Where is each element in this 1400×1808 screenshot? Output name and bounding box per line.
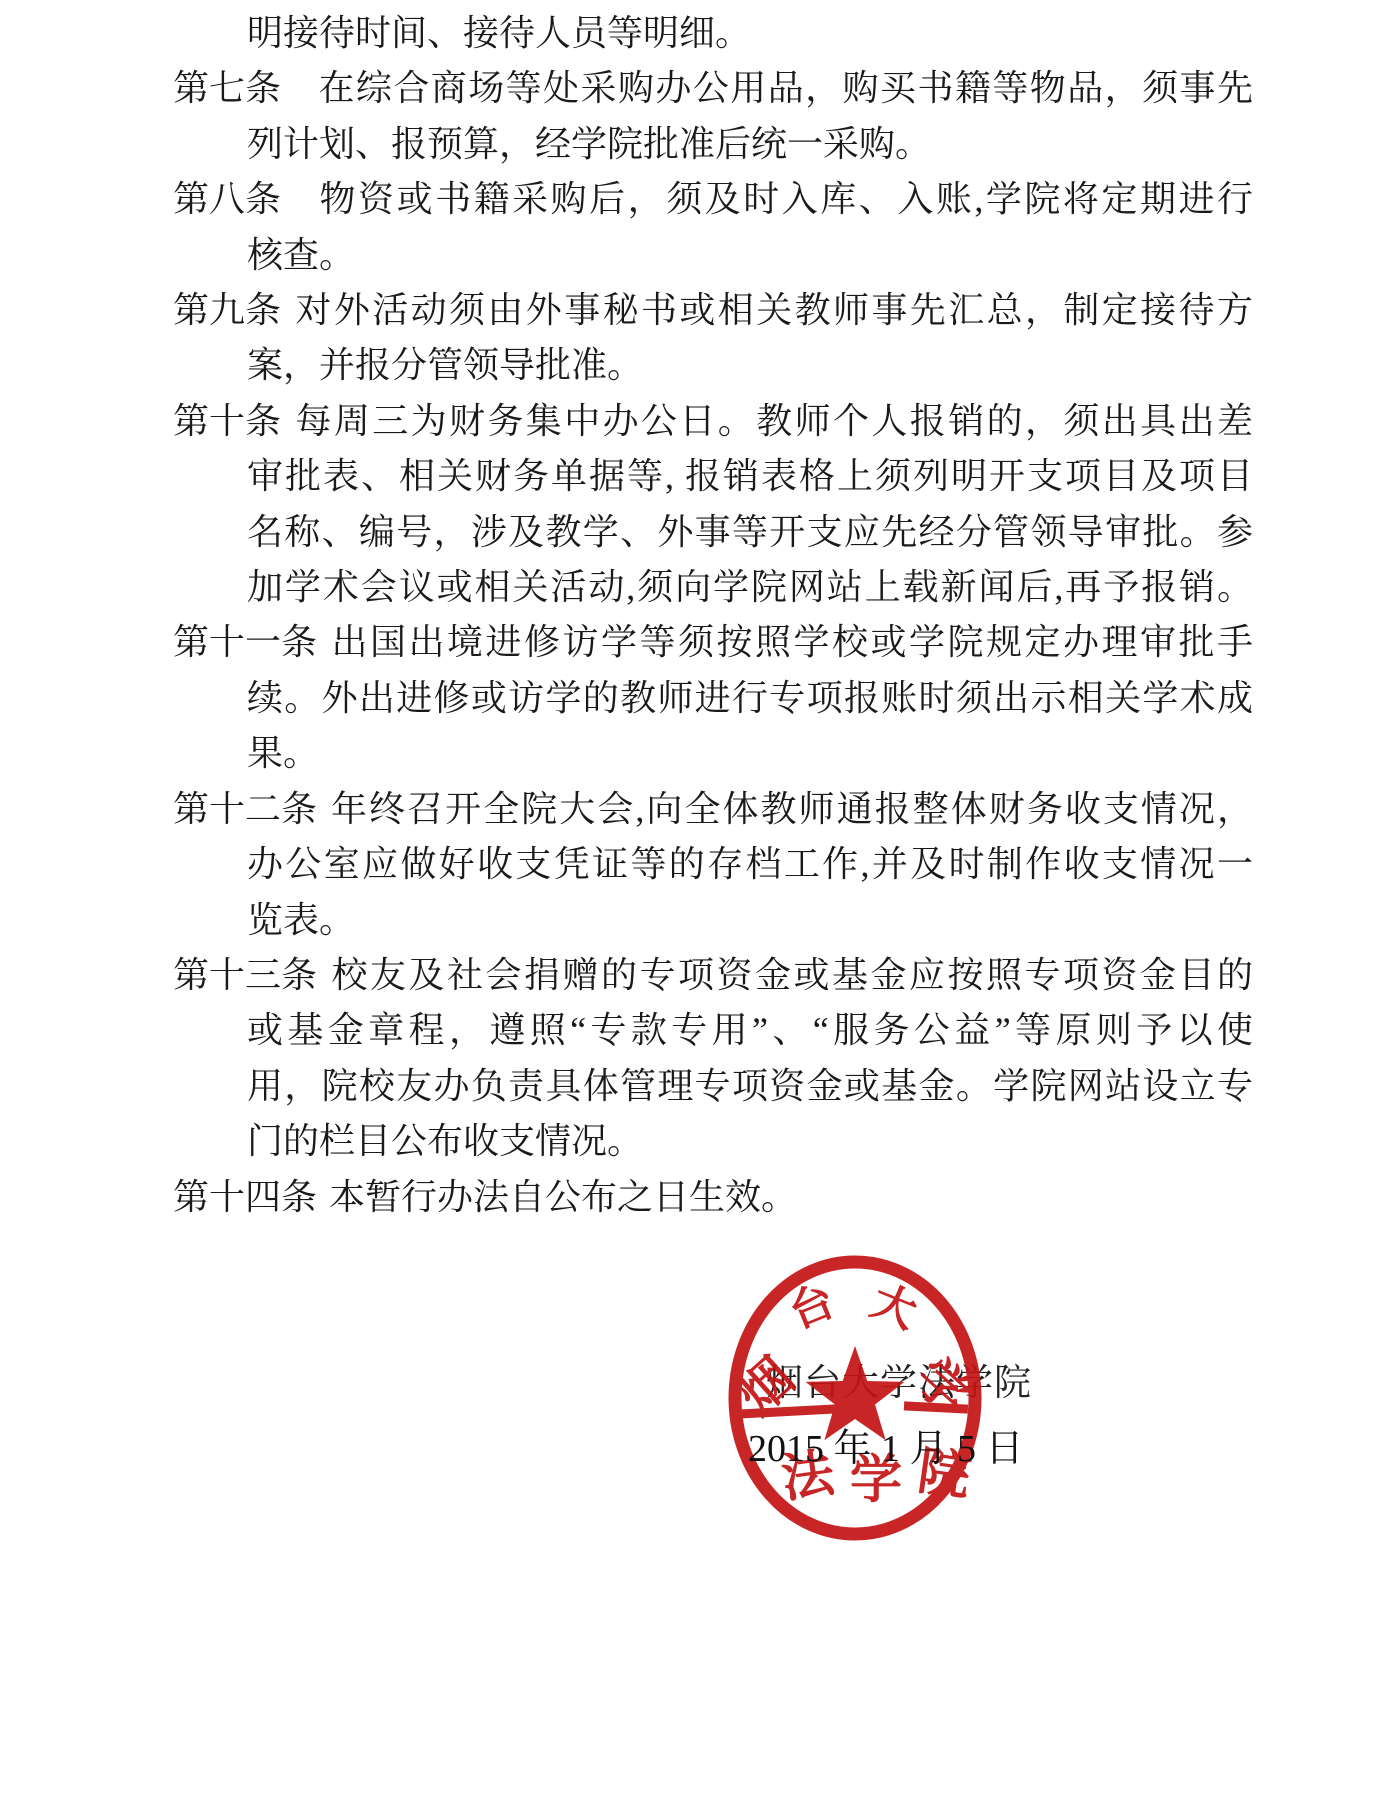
article-text: 物资或书籍采购后，须及时入库、入账,学院将定期进行 [317, 179, 1253, 219]
article-first-line: 第十三条校友及社会捐赠的专项资金或基金应按照专项资金目的 [173, 948, 1253, 1003]
article-label: 第七条 [173, 61, 281, 116]
body-line: 审批表、相关财务单据等, 报销表格上须列明开支项目及项目 [173, 449, 1253, 504]
article-label: 第十四条 [173, 1170, 317, 1225]
article-label: 第八条 [173, 172, 281, 227]
article-label: 第十三条 [173, 948, 317, 1003]
body-line: 名称、编号，涉及教学、外事等开支应先经分管领导审批。参 [173, 505, 1253, 560]
article-label: 第九条 [173, 283, 281, 338]
body-line: 用，院校友办负责具体管理专项资金或基金。学院网站设立专 [173, 1059, 1253, 1114]
article-first-line: 第十四条本暂行办法自公布之日生效。 [173, 1170, 1253, 1225]
document-page: 明接待时间、接待人员等明细。 第七条在综合商场等处采购办公用品，购买书籍等物品，… [0, 0, 1400, 1808]
body-line: 览表。 [173, 893, 1253, 948]
article-first-line: 第七条在综合商场等处采购办公用品，购买书籍等物品，须事先 [173, 61, 1253, 116]
body-line: 列计划、报预算，经学院批准后统一采购。 [173, 117, 1253, 172]
body-line: 续。外出进修或访学的教师进行专项报账时须出示相关学术成 [173, 671, 1253, 726]
signature-date: 2015 年 1 月 5 日 [748, 1426, 1024, 1472]
article-label: 第十二条 [173, 782, 317, 837]
body-line: 案，并报分管领导批准。 [173, 338, 1253, 393]
body-line: 核查。 [173, 228, 1253, 283]
article-first-line: 第十二条年终召开全院大会,向全体教师通报整体财务收支情况， [173, 782, 1253, 837]
body-line: 果。 [173, 726, 1253, 781]
article-first-line: 第十条每周三为财务集中办公日。教师个人报销的，须出具出差 [173, 394, 1253, 449]
body-line: 或基金章程，遵照“专款专用”、“服务公益”等原则予以使 [173, 1003, 1253, 1058]
article-first-line: 第十一条出国出境进修访学等须按照学校或学院规定办理审批手 [173, 615, 1253, 670]
article-text: 在综合商场等处采购办公用品，购买书籍等物品，须事先 [317, 68, 1253, 108]
body-line: 办公室应做好收支凭证等的存档工作,并及时制作收支情况一 [173, 837, 1253, 892]
article-text: 每周三为财务集中办公日。教师个人报销的，须出具出差 [293, 401, 1253, 441]
body-line: 加学术会议或相关活动,须向学院网站上载新闻后,再予报销。 [173, 560, 1253, 615]
article-text: 校友及社会捐赠的专项资金或基金应按照专项资金目的 [329, 955, 1253, 995]
document-body: 明接待时间、接待人员等明细。 第七条在综合商场等处采购办公用品，购买书籍等物品，… [0, 0, 1400, 1225]
article-label: 第十一条 [173, 615, 317, 670]
article-text: 本暂行办法自公布之日生效。 [329, 1177, 797, 1217]
body-line: 门的栏目公布收支情况。 [173, 1114, 1253, 1169]
article-text: 年终召开全院大会,向全体教师通报整体财务收支情况， [329, 789, 1253, 829]
article-text: 对外活动须由外事秘书或相关教师事先汇总，制定接待方 [293, 290, 1253, 330]
body-line: 明接待时间、接待人员等明细。 [173, 6, 1253, 61]
article-first-line: 第九条对外活动须由外事秘书或相关教师事先汇总，制定接待方 [173, 283, 1253, 338]
official-seal-stamp: 烟 台 大 学 法 学 院 [718, 1248, 988, 1548]
article-label: 第十条 [173, 394, 281, 449]
article-text: 出国出境进修访学等须按照学校或学院规定办理审批手 [329, 622, 1253, 662]
article-first-line: 第八条物资或书籍采购后，须及时入库、入账,学院将定期进行 [173, 172, 1253, 227]
